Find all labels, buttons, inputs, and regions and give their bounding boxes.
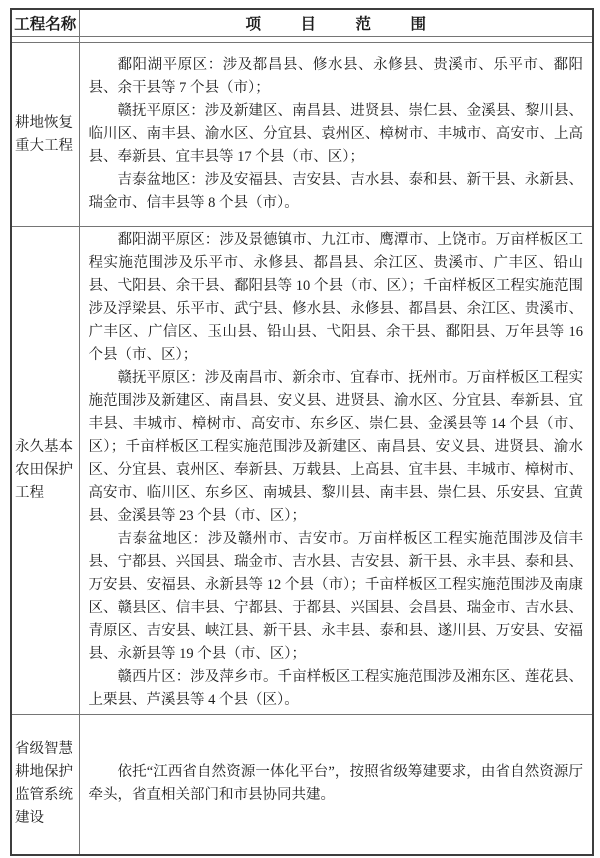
project-scope-table: 工程名称 项目范围 耕地恢复重大工程 鄱阳湖平原区：涉及都昌县、修水县、永修县、… (10, 8, 594, 856)
row-scope-farmland-restoration: 鄱阳湖平原区：涉及都昌县、修水县、永修县、贵溪市、乐平市、鄱阳县、余干县等 7 … (79, 43, 593, 227)
row-scope-permanent-farmland-protection: 鄱阳湖平原区：涉及景德镇市、九江市、鹰潭市、上饶市。万亩样板区工程实施范围涉及乐… (79, 227, 593, 715)
row-scope-smart-supervision-system: 依托“江西省自然资源一体化平台”，按照省级筹建要求，由省自然资源厅牵头，省直相关… (79, 715, 593, 855)
scope-paragraph: 依托“江西省自然资源一体化平台”，按照省级筹建要求，由省自然资源厅牵头，省直相关… (89, 761, 584, 807)
table-row-farmland-restoration: 耕地恢复重大工程 鄱阳湖平原区：涉及都昌县、修水县、永修县、贵溪市、乐平市、鄱阳… (11, 43, 593, 227)
scope-paragraph: 赣抚平原区：涉及南昌市、新余市、宜春市、抚州市。万亩样板区工程实施范围涉及新建区… (89, 367, 584, 528)
scope-paragraph: 吉泰盆地区：涉及安福县、吉安县、吉水县、泰和县、新干县、永新县、瑞金市、信丰县等… (89, 169, 584, 215)
table-row-smart-supervision-system: 省级智慧耕地保护监管系统建设 依托“江西省自然资源一体化平台”，按照省级筹建要求… (11, 715, 593, 855)
document-page: 工程名称 项目范围 耕地恢复重大工程 鄱阳湖平原区：涉及都昌县、修水县、永修县、… (0, 8, 600, 858)
header-project-scope: 项目范围 (79, 9, 593, 37)
scope-paragraph: 吉泰盆地区：涉及赣州市、吉安市。万亩样板区工程实施范围涉及信丰县、宁都县、兴国县… (89, 528, 584, 666)
row-label-smart-supervision-system: 省级智慧耕地保护监管系统建设 (11, 715, 79, 855)
scope-paragraph: 鄱阳湖平原区：涉及景德镇市、九江市、鹰潭市、上饶市。万亩样板区工程实施范围涉及乐… (89, 229, 584, 367)
header-project-name: 工程名称 (11, 9, 79, 37)
scope-paragraph: 赣抚平原区：涉及新建区、南昌县、进贤县、崇仁县、金溪县、黎川县、临川区、南丰县、… (89, 100, 584, 169)
table-row-permanent-farmland-protection: 永久基本农田保护工程 鄱阳湖平原区：涉及景德镇市、九江市、鹰潭市、上饶市。万亩样… (11, 227, 593, 715)
scope-paragraph: 赣西片区：涉及萍乡市。千亩样板区工程实施范围涉及湘东区、莲花县、上栗县、芦溪县等… (89, 666, 584, 712)
scope-paragraph: 鄱阳湖平原区：涉及都昌县、修水县、永修县、贵溪市、乐平市、鄱阳县、余干县等 7 … (89, 54, 584, 100)
table-header-row: 工程名称 项目范围 (11, 9, 593, 37)
header-project-scope-label: 项目范围 (245, 16, 465, 33)
row-label-permanent-farmland-protection: 永久基本农田保护工程 (11, 227, 79, 715)
row-label-farmland-restoration: 耕地恢复重大工程 (11, 43, 79, 227)
